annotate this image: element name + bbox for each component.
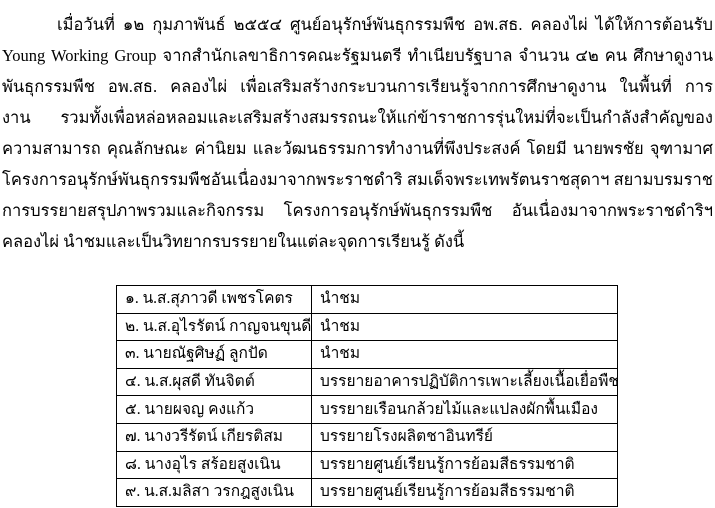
staff-name-cell: ๔. น.ส.ผุสดี ทันจิตต์ — [117, 368, 312, 396]
staff-name-cell: ๘. นางอุไร สร้อยสูงเนิน — [117, 451, 312, 479]
paragraph-line: พันธุกรรมพืช อพ.สธ. คลองไผ่ เพื่อเสริมสร… — [2, 71, 713, 102]
table-row: ๘. นางอุไร สร้อยสูงเนิน บรรยายศูนย์เรียน… — [117, 451, 618, 479]
table-row: ๒. น.ส.อุไรรัตน์ กาญจนขุนดี นำชม — [117, 313, 618, 341]
table-row: ๕. นายผจญ คงแก้ว บรรยายเรือนกล้วยไม้และแ… — [117, 396, 618, 424]
table-row: ๙. น.ส.มลิสา วรกฎสูงเนิน บรรยายศูนย์เรีย… — [117, 479, 618, 507]
document-page: เมื่อวันที่ ๑๒ กุมภาพันธ์ ๒๕๕๔ ศูนย์อนุร… — [0, 0, 715, 508]
duty-cell: บรรยายเรือนกล้วยไม้และแปลงผักพื้นเมือง — [312, 396, 618, 424]
staff-name-cell: ๕. นายผจญ คงแก้ว — [117, 396, 312, 424]
paragraph-line: งาน รวมทั้งเพื่อหล่อหลอมและเสริมสร้างสมร… — [2, 102, 713, 133]
paragraph-line: การบรรยายสรุปภาพรวมและกิจกรรม โครงการอนุ… — [2, 195, 713, 226]
paragraph-line: โครงการอนุรักษ์พันธุกรรมพืชอันเนื่องมาจา… — [2, 164, 713, 195]
staff-name-cell: ๒. น.ส.อุไรรัตน์ กาญจนขุนดี — [117, 313, 312, 341]
duty-cell: นำชม — [312, 286, 618, 314]
body-paragraph: เมื่อวันที่ ๑๒ กุมภาพันธ์ ๒๕๕๔ ศูนย์อนุร… — [2, 9, 713, 257]
paragraph-line: ความสามารถ คุณลักษณะ ค่านิยม และวัฒนธรรม… — [2, 133, 713, 164]
staff-name-cell: ๑. น.ส.สุภาวดี เพชรโคตร — [117, 286, 312, 314]
staff-name-cell: ๓. นายณัฐศิษฏ์ ลูกปัด — [117, 341, 312, 369]
staff-name-cell: ๗. นางวรีรัตน์ เกียรติสม — [117, 423, 312, 451]
table-row: ๔. น.ส.ผุสดี ทันจิตต์ บรรยายอาคารปฏิบัติ… — [117, 368, 618, 396]
duty-cell: บรรยายโรงผลิตชาอินทรีย์ — [312, 423, 618, 451]
table-row: ๓. นายณัฐศิษฏ์ ลูกปัด นำชม — [117, 341, 618, 369]
paragraph-line: Young Working Group จากสำนักเลขาธิการคณะ… — [2, 40, 713, 71]
paragraph-line: เมื่อวันที่ ๑๒ กุมภาพันธ์ ๒๕๕๔ ศูนย์อนุร… — [2, 9, 713, 40]
duty-cell: นำชม — [312, 341, 618, 369]
paragraph-line: คลองไผ่ นำชมและเป็นวิทยากรบรรยายในแต่ละจ… — [2, 226, 713, 257]
speaker-assignment-table: ๑. น.ส.สุภาวดี เพชรโคตร นำชม ๒. น.ส.อุไร… — [116, 285, 618, 507]
duty-cell: นำชม — [312, 313, 618, 341]
duty-cell: บรรยายศูนย์เรียนรู้การย้อมสีธรรมชาติ — [312, 479, 618, 507]
table-row: ๑. น.ส.สุภาวดี เพชรโคตร นำชม — [117, 286, 618, 314]
duty-cell: บรรยายอาคารปฏิบัติการเพาะเลี้ยงเนื้อเยื่… — [312, 368, 618, 396]
staff-name-cell: ๙. น.ส.มลิสา วรกฎสูงเนิน — [117, 479, 312, 507]
table-row: ๗. นางวรีรัตน์ เกียรติสม บรรยายโรงผลิตชา… — [117, 423, 618, 451]
duty-cell: บรรยายศูนย์เรียนรู้การย้อมสีธรรมชาติ — [312, 451, 618, 479]
